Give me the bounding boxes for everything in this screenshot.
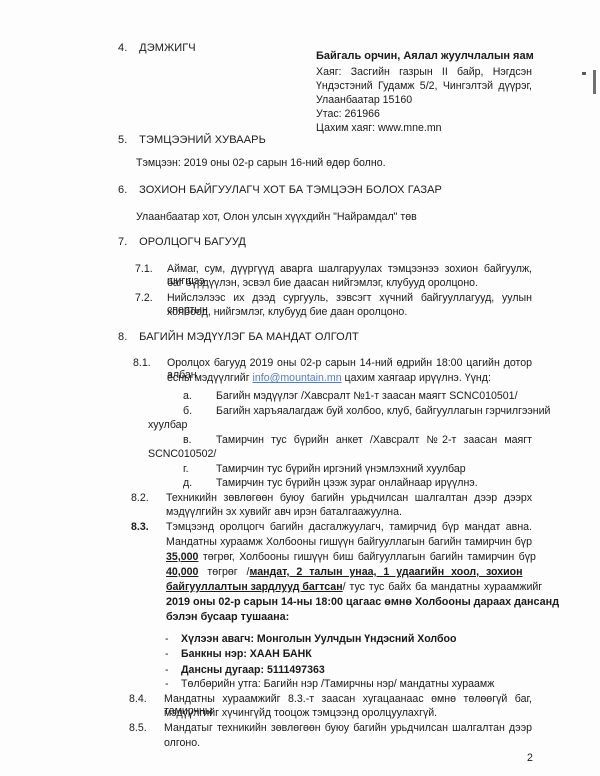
item-7-2-line2: холбоод, нийгэмлэг, клубууд бие даан оро… — [167, 306, 407, 318]
sponsor-address-line1: Хаяг: Засгийн газрын II байр, Нэгдсэн — [316, 66, 532, 78]
section-7-heading: 7. ОРОЛЦОГЧ БАГУУД — [118, 236, 246, 248]
sponsor-website: Цахим хаяг: www.mne.mn — [316, 122, 442, 134]
sub-a-text: Багийн мэдүүлэг /Хавсралт №1-т заасан ма… — [216, 390, 518, 402]
section-title: ДЭМЖИГЧ — [139, 42, 196, 54]
document-page: 4. ДЭМЖИГЧ Байгаль орчин, Аялал жуулчлал… — [0, 0, 600, 776]
item-7-1-line2: баг бүрдүүлэн, эсвэл бие даасан нийгэмлэ… — [167, 277, 478, 289]
text: төгрөг, Холбооны гишүүн биш байгууллагын… — [198, 551, 536, 563]
item-8-4-line2: мэдүүлгийг хүчингүйд тооцож тэмцээнд оро… — [164, 707, 437, 719]
text: төгрөг / — [198, 566, 249, 578]
bullet-dash: - — [165, 633, 169, 645]
account-number-text: Дансны дугаар: 5111497363 — [181, 664, 325, 676]
sub-d-letter: д. — [183, 477, 192, 489]
item-8-4-number: 8.4. — [129, 693, 147, 705]
item-8-1-line2: ёсны мэдүүлгийг info@mountain.mn цахим х… — [167, 372, 491, 384]
section-4-heading: 4. ДЭМЖИГЧ — [118, 42, 196, 54]
sub-v-letter: в. — [183, 434, 192, 446]
fee-includes-text: мандат, 2 талын унаа, 1 удаагийн хоол, з… — [250, 566, 523, 578]
item-8-3-line5: байгууллалтын зардлууд багтсан/ тус тус … — [166, 581, 532, 593]
section-number: 8. — [118, 331, 136, 343]
item-7-2-number: 7.2. — [135, 292, 153, 304]
section-8-heading: 8. БАГИЙН МЭДҮҮЛЭГ БА МАНДАТ ОЛГОЛТ — [118, 331, 359, 343]
section-number: 4. — [118, 42, 136, 54]
sponsor-address-line3: Улаанбаатар 15160 — [316, 94, 412, 106]
bullet-dash: - — [165, 664, 169, 676]
item-8-3-line3: 35,000 төгрөг, Холбооны гишүүн биш байгу… — [166, 551, 532, 563]
sponsor-phone: Утас: 261966 — [316, 108, 380, 120]
item-8-2-number: 8.2. — [131, 492, 149, 504]
sub-v-text: Тамирчин тус бүрийн анкет /Хавсралт №2-т… — [216, 434, 532, 446]
item-8-5-line1: Мандатыг техникийн зөвлөгөөн буюу багийн… — [164, 722, 532, 734]
sub-g-letter: г. — [183, 463, 189, 475]
section-number: 6. — [118, 184, 136, 196]
venue-text: Улаанбаатар хот, Олон улсын хүүхдийн "На… — [136, 211, 417, 223]
item-8-3-line4: 40,000 төгрөг /мандат, 2 талын унаа, 1 у… — [166, 566, 532, 578]
page-number: 2 — [527, 752, 533, 764]
item-8-3-number: 8.3. — [131, 521, 149, 533]
item-8-5-number: 8.5. — [129, 722, 147, 734]
text: ёсны мэдүүлгийг — [167, 372, 253, 384]
section-title: ТЭМЦЭЭНИЙ ХУВААРЬ — [139, 134, 266, 146]
bullet-dash: - — [165, 648, 169, 660]
sub-a-letter: а. — [183, 390, 192, 402]
item-8-3-line1: Тэмцээнд оролцогч багийн дасгалжуулагч, … — [166, 521, 532, 533]
fee-includes-text-cont: байгууллалтын зардлууд багтсан — [166, 581, 343, 593]
section-6-heading: 6. ЗОХИОН БАЙГУУЛАГЧ ХОТ БА ТЭМЦЭЭН БОЛО… — [118, 184, 442, 196]
email-link[interactable]: info@mountain.mn — [253, 372, 342, 384]
member-fee-amount: 35,000 — [166, 551, 198, 563]
item-8-5-line2: олгоно. — [164, 737, 200, 749]
sub-b-letter: б. — [183, 405, 192, 417]
payment-reference-text: Төлбөрийн утга: Багийн нэр /Тамирчны нэр… — [181, 678, 494, 690]
section-number: 5. — [118, 134, 136, 146]
item-8-1-number: 8.1. — [133, 357, 151, 369]
item-8-2-line1: Техникийн зөвлөгөөн буюу багийн урьдчилс… — [166, 492, 532, 504]
section-title: ОРОЛЦОГЧ БАГУУД — [139, 236, 246, 248]
scan-artifact — [582, 72, 586, 75]
bullet-dash: - — [165, 678, 169, 690]
bank-name-text: Банкны нэр: ХААН БАНК — [181, 648, 312, 660]
item-8-3-line2: Мандатны хураамж Холбооны гишүүн байгуул… — [166, 536, 532, 548]
item-8-2-line2: мэдүүлгийн эх хувийг авч ирэн баталгаажу… — [166, 506, 402, 518]
sub-v-continued: SCNC010502/ — [148, 448, 216, 460]
section-title: ЗОХИОН БАЙГУУЛАГЧ ХОТ БА ТЭМЦЭЭН БОЛОХ Г… — [139, 184, 442, 196]
sub-d-text: Тамирчин тус бүрийн цээж зураг онлайнаар… — [216, 477, 478, 489]
sponsor-address-line2: Үндэстэний Гудамж 5/2, Чингэлтэй дүүрэг, — [316, 80, 532, 92]
text: / тус тус байх ба мандатны хураамжийг — [343, 581, 543, 593]
sponsor-name: Байгаль орчин, Аялал жуулчлалын яам — [316, 50, 534, 62]
sub-g-text: Тамирчин тус бүрийн иргэний үнэмлэхний х… — [216, 463, 466, 475]
schedule-text: Тэмцээн: 2019 оны 02-р сарын 16-ний өдөр… — [136, 157, 386, 169]
text: цахим хаягаар ирүүлнэ. Үүнд: — [342, 372, 491, 384]
sub-b-text: Багийн харъяалагдаж буй холбоо, клуб, ба… — [216, 405, 550, 417]
nonmember-fee-amount: 40,000 — [166, 566, 198, 578]
sub-b-continued: хуулбар — [148, 419, 187, 431]
item-7-1-number: 7.1. — [135, 263, 153, 275]
section-number: 7. — [118, 236, 136, 248]
section-5-heading: 5. ТЭМЦЭЭНИЙ ХУВААРЬ — [118, 134, 266, 146]
item-8-3-line7: бэлэн бусаар тушаана: — [166, 611, 289, 623]
scan-artifact — [593, 70, 596, 94]
recipient-text: Хүлээн авагч: Монголын Уулчдын Үндэсний … — [181, 633, 456, 645]
section-title: БАГИЙН МЭДҮҮЛЭГ БА МАНДАТ ОЛГОЛТ — [139, 331, 359, 343]
item-8-3-deadline: 2019 оны 02-р сарын 14-ны 18:00 цагаас ө… — [166, 596, 559, 608]
